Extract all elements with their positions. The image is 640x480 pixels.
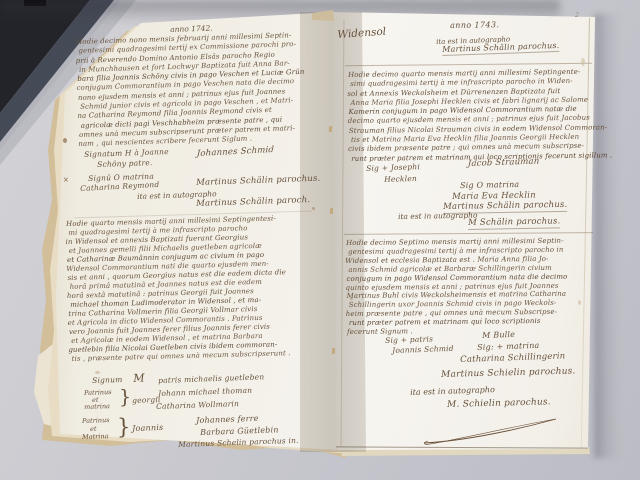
matrina-label: Matrina bbox=[82, 433, 109, 441]
left-page-header: anno 1742. bbox=[170, 24, 213, 34]
brace: } bbox=[119, 388, 131, 407]
stain bbox=[95, 371, 100, 374]
brace: } bbox=[117, 417, 130, 438]
left-entry1-text: Hodie decimo nono mensis februarij anni … bbox=[76, 31, 307, 150]
father-signature-mark: M bbox=[133, 371, 145, 385]
signum-word: Signum bbox=[92, 375, 123, 385]
father-signature-mark: Sig + Josephi bbox=[366, 162, 420, 173]
page-number: 2 bbox=[575, 12, 579, 19]
right-page-header: anno 1743. bbox=[450, 20, 499, 30]
right-entry1-text: Hodie decimo quarto mensis martij anni m… bbox=[348, 67, 610, 164]
priest-autograph-signature: M Schälin parochus. bbox=[468, 216, 561, 230]
autograph-note: ita est in autographo bbox=[398, 211, 478, 221]
stain bbox=[578, 300, 581, 305]
father-signature-name: Schöny patre. bbox=[97, 158, 153, 169]
child-name: Joannis bbox=[132, 423, 163, 433]
scanned-register-photo: anno 1742. × Hodie decimo nono mensis fe… bbox=[0, 0, 640, 480]
stain bbox=[63, 138, 67, 143]
matrina-label: matrina bbox=[84, 403, 110, 411]
stitching bbox=[330, 208, 333, 214]
father-signature-name: Hecklen bbox=[384, 174, 417, 184]
father-signature-mark: Sig + patris bbox=[385, 334, 433, 345]
left-entry2-text: Hodie quarto mensis martij anni millesim… bbox=[66, 214, 289, 364]
godmother-signature-mark: Sig O matrina bbox=[460, 180, 519, 190]
pen-flourish bbox=[420, 413, 560, 447]
witness-signature: M Bulle bbox=[482, 330, 515, 340]
right-entry2-text: Hodie decimo Septimo mensis martij anni … bbox=[346, 237, 568, 337]
margin-mark: × bbox=[63, 176, 69, 184]
stain bbox=[312, 207, 315, 210]
stain bbox=[581, 58, 585, 66]
stitching bbox=[332, 348, 336, 354]
